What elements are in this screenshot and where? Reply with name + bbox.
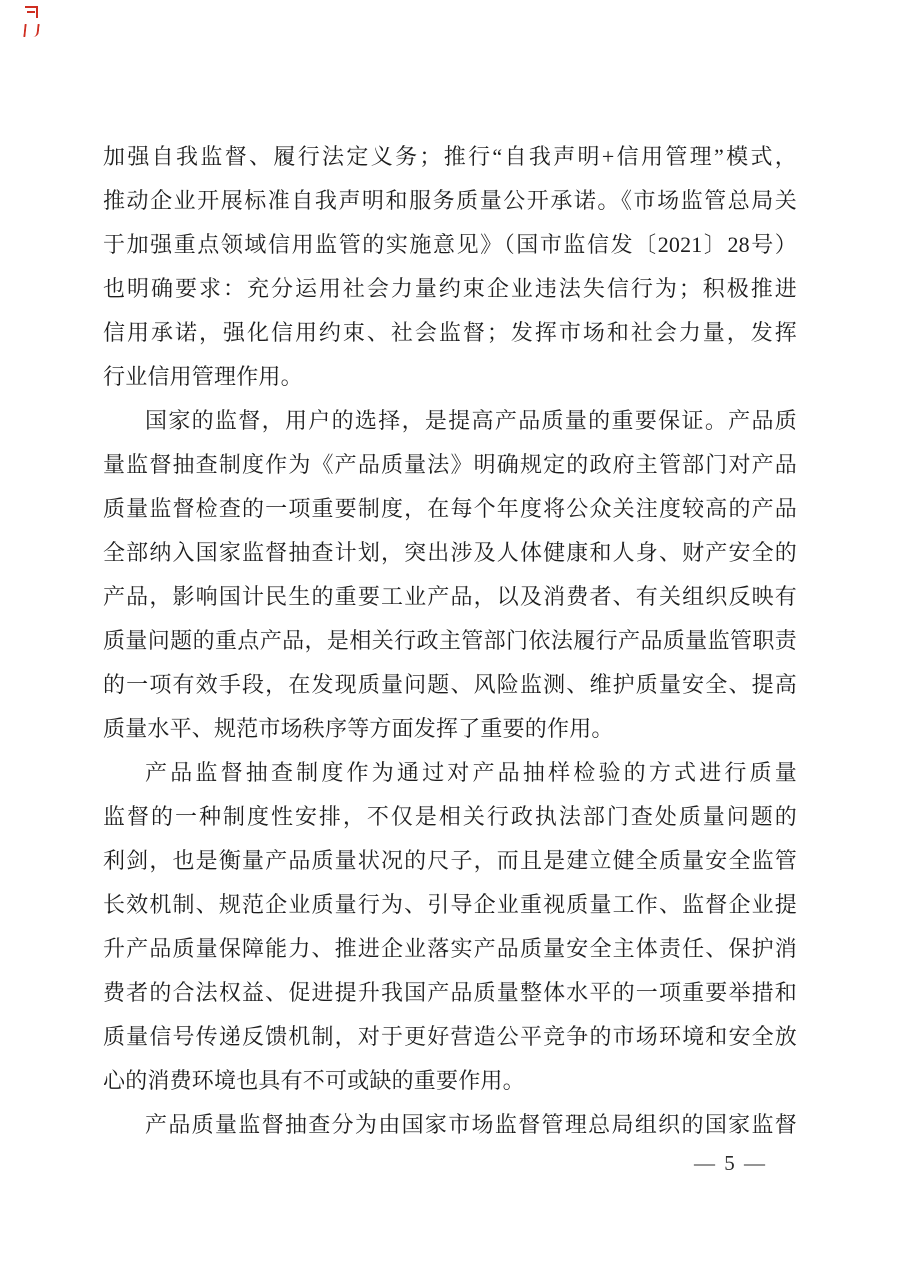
text-line-1: 加强自我监督、履行法定义务；推行“自我声明+信用管理”模式， — [103, 135, 797, 179]
body-text-block: 加强自我监督、履行法定义务；推行“自我声明+信用管理”模式， 推动企业开展标准自… — [103, 135, 797, 1147]
text-line-9: 质量监督检查的一项重要制度，在每个年度将公众关注度较高的产品 — [103, 487, 797, 531]
text-line-2: 推动企业开展标准自我声明和服务质量公开承诺。《市场监管总局关 — [103, 179, 797, 223]
text-line-4: 也明确要求：充分运用社会力量约束企业违法失信行为；积极推进 — [103, 267, 797, 311]
red-stamp-fragment-bottom-icon — [23, 24, 39, 37]
text-line-5: 信用承诺，强化信用约束、社会监督；发挥市场和社会力量，发挥 — [103, 311, 797, 355]
text-line-15: 产品监督抽查制度作为通过对产品抽样检验的方式进行质量 — [103, 751, 797, 795]
text-line-10: 全部纳入国家监督抽查计划，突出涉及人体健康和人身、财产安全的 — [103, 531, 797, 575]
text-line-3: 于加强重点领域信用监管的实施意见》（国市监信发〔2021〕28号） — [103, 223, 797, 267]
text-line-13: 的一项有效手段，在发现质量问题、风险监测、维护质量安全、提高 — [103, 663, 797, 707]
text-line-11: 产品，影响国计民生的重要工业产品，以及消费者、有关组织反映有 — [103, 575, 797, 619]
text-line-16: 监督的一种制度性安排，不仅是相关行政执法部门查处质量问题的 — [103, 795, 797, 839]
page-number: — 5 — — [694, 1148, 767, 1178]
text-line-12: 质量问题的重点产品，是相关行政主管部门依法履行产品质量监管职责 — [103, 619, 797, 663]
text-line-19: 升产品质量保障能力、推进企业落实产品质量安全主体责任、保护消 — [103, 927, 797, 971]
document-page: 加强自我监督、履行法定义务；推行“自我声明+信用管理”模式， 推动企业开展标准自… — [0, 0, 900, 1273]
text-line-22: 心的消费环境也具有不可或缺的重要作用。 — [103, 1059, 797, 1103]
red-stamp-fragment-top-icon — [25, 6, 38, 18]
text-line-6: 行业信用管理作用。 — [103, 355, 797, 399]
text-line-21: 质量信号传递反馈机制，对于更好营造公平竞争的市场环境和安全放 — [103, 1015, 797, 1059]
text-line-20: 费者的合法权益、促进提升我国产品质量整体水平的一项重要举措和 — [103, 971, 797, 1015]
text-line-7: 国家的监督，用户的选择，是提高产品质量的重要保证。产品质 — [103, 399, 797, 443]
text-line-14: 质量水平、规范市场秩序等方面发挥了重要的作用。 — [103, 707, 797, 751]
text-line-17: 利剑，也是衡量产品质量状况的尺子，而且是建立健全质量安全监管 — [103, 839, 797, 883]
text-line-23: 产品质量监督抽查分为由国家市场监督管理总局组织的国家监督 — [103, 1103, 797, 1147]
red-stamp-fragment-icon — [24, 6, 44, 42]
text-line-18: 长效机制、规范企业质量行为、引导企业重视质量工作、监督企业提 — [103, 883, 797, 927]
text-line-8: 量监督抽查制度作为《产品质量法》明确规定的政府主管部门对产品 — [103, 443, 797, 487]
